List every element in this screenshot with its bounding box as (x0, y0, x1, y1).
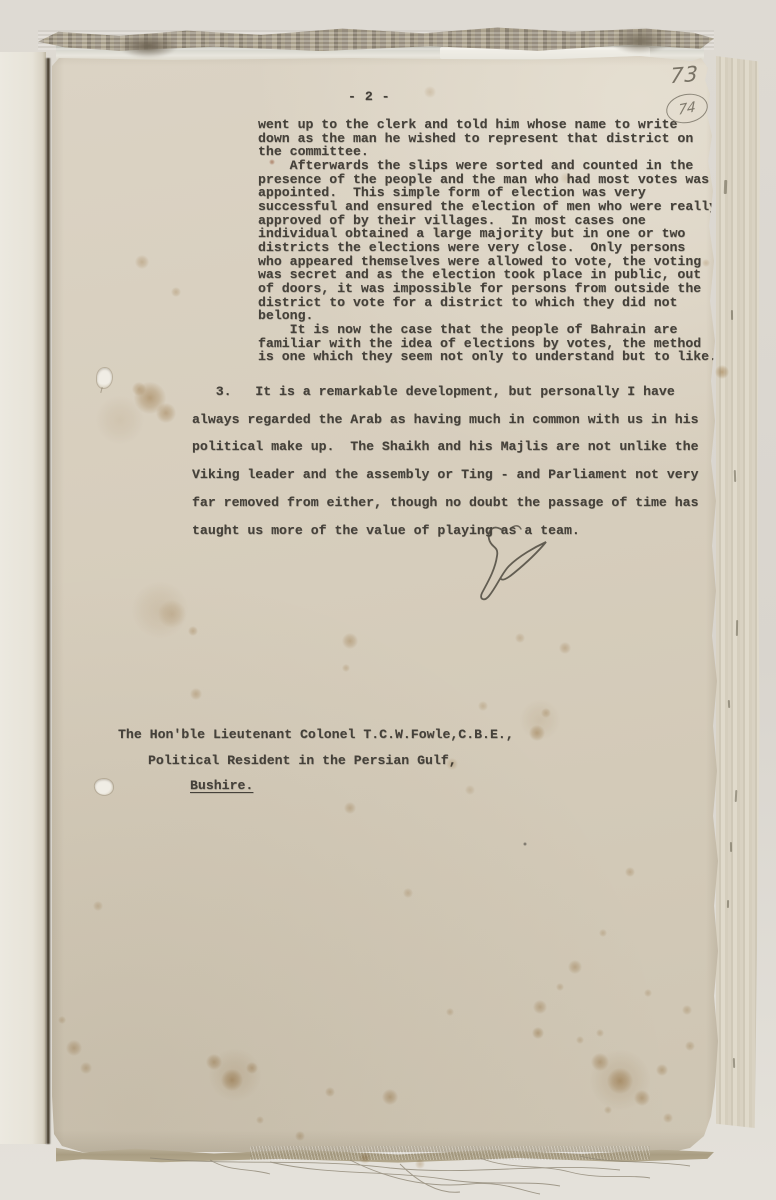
folio-number-circled: 74 (664, 90, 711, 126)
punch-hole-top (97, 368, 112, 388)
facing-page-edge (0, 52, 46, 1144)
fore-edge-mark (730, 842, 732, 852)
closing-line-2: Political Resident in the Persian Gulf, (148, 748, 514, 774)
fore-edge-mark (736, 620, 738, 636)
fore-edge-mark (731, 310, 733, 320)
page-stack-fore-edge (716, 56, 760, 1128)
fore-edge-mark (734, 470, 736, 482)
typed-body-text: went up to the clerk and told him whose … (258, 118, 717, 364)
fray-knot-right (610, 28, 670, 54)
letter-page: - 2 - went up to the clerk and told him … (52, 56, 720, 1152)
folio-number-pencil: 73 (670, 60, 721, 95)
fore-edge-mark (733, 1058, 735, 1068)
fray-knot-left (118, 34, 178, 58)
page-number: - 2 - (348, 89, 390, 104)
signature-flourish (456, 522, 556, 606)
closing-line-3: Bushire. (190, 773, 514, 799)
scanned-letter-photo: - 2 - went up to the clerk and told him … (0, 0, 776, 1200)
typed-paragraph-3: 3. It is a remarkable development, but p… (192, 378, 698, 544)
fore-edge-mark (728, 700, 730, 708)
closing-line-1: The Hon'ble Lieutenant Colonel T.C.W.Fow… (118, 722, 514, 748)
loose-threads (150, 1150, 716, 1198)
fore-edge-mark (724, 180, 727, 194)
binding-gutter-shadow (45, 58, 51, 1144)
closing-address-block: The Hon'ble Lieutenant Colonel T.C.W.Fow… (118, 722, 514, 799)
folio-number-circled-value: 74 (678, 99, 696, 119)
punch-hole-bottom (94, 778, 114, 796)
fore-edge-mark (727, 900, 729, 908)
